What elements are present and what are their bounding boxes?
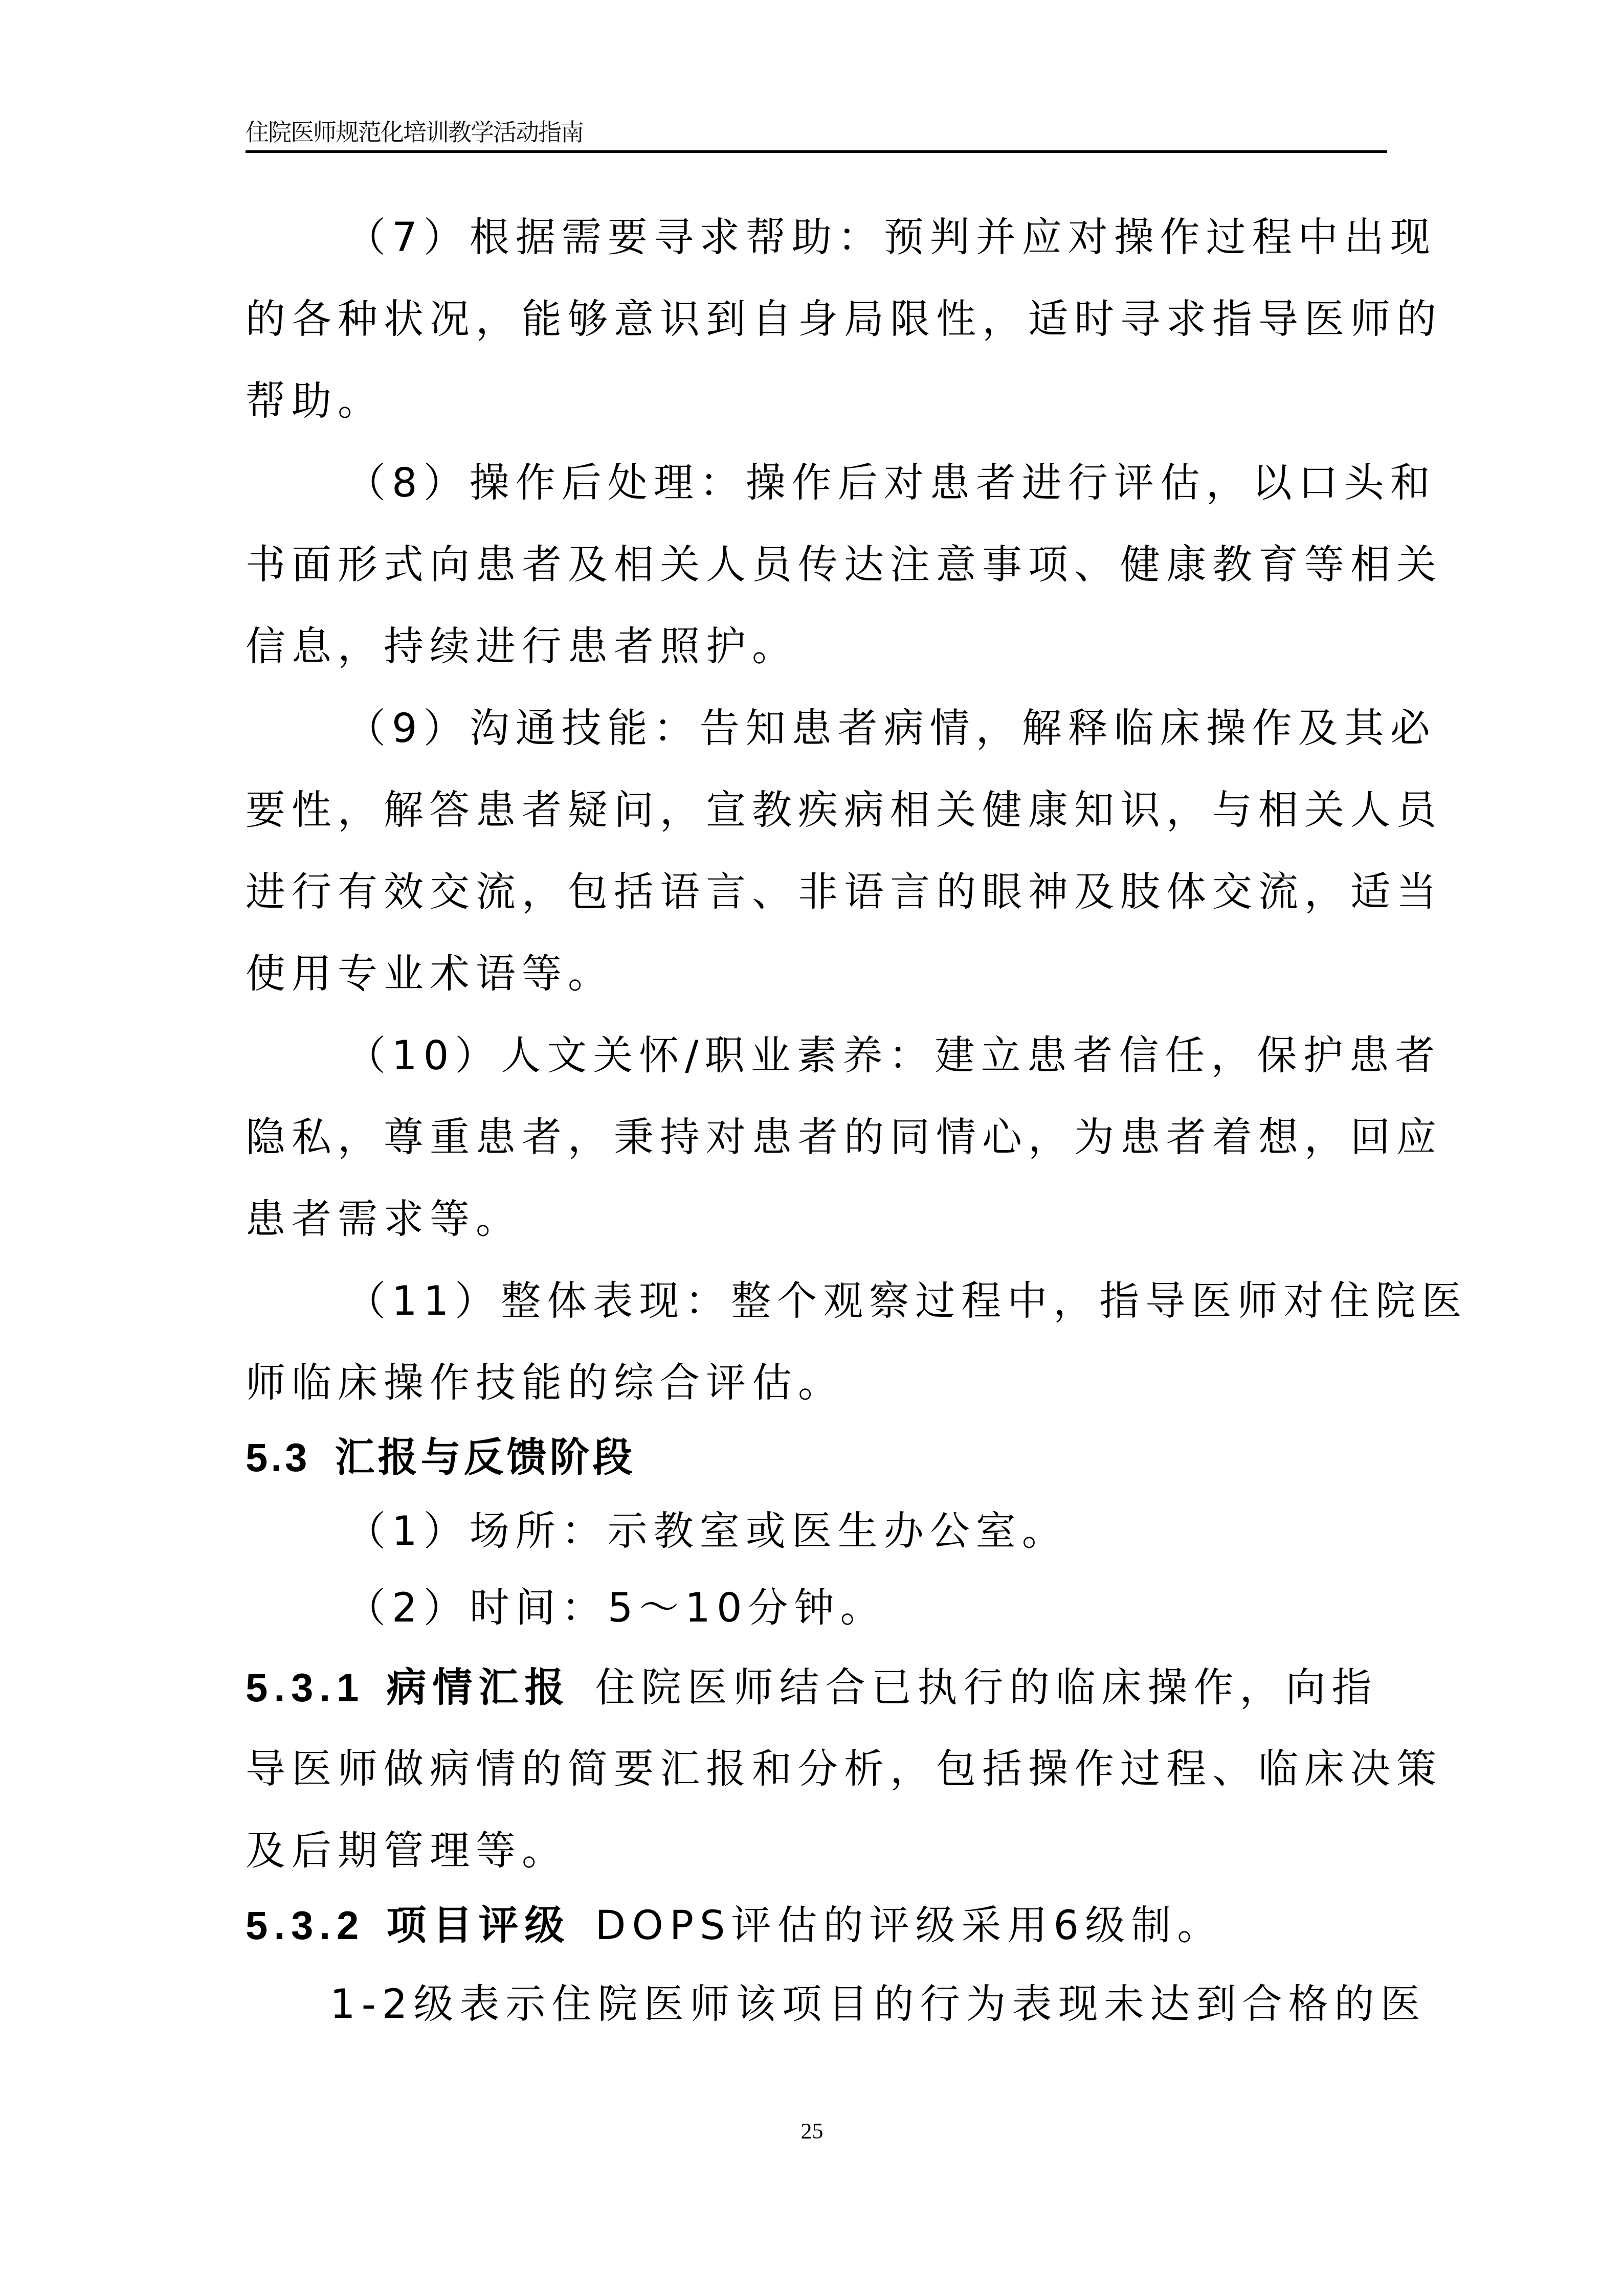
section-number: 5.3 <box>246 1435 310 1480</box>
subsection-5-3-1-line-2: 导医师做病情的简要汇报和分析，包括操作过程、临床决策 <box>246 1731 1442 1808</box>
header-rule <box>246 150 1387 153</box>
subsection-5-3-1-line-1: 5.3.1病情汇报住院医师结合已执行的临床操作，向指 <box>246 1649 1378 1726</box>
paragraph-9-line-3: 进行有效交流，包括语言、非语言的眼神及肢体交流，适当 <box>246 854 1442 931</box>
paragraph-8-line-2: 书面形式向患者及相关人员传达注意事项、健康教育等相关 <box>246 527 1442 603</box>
subsection-5-3-2-line-1: 5.3.2项目评级DOPS评估的评级采用6级制。 <box>246 1887 1223 1964</box>
paragraph-8-line-3: 信息，持续进行患者照护。 <box>246 609 798 685</box>
subsection-5-3-2-line-2: 1-2级表示住院医师该项目的行为表现未达到合格的医 <box>330 1966 1426 2043</box>
section-title: 汇报与反馈阶段 <box>335 1435 635 1481</box>
subsection-number: 5.3.1 <box>246 1665 365 1710</box>
paragraph-9-line-4: 使用专业术语等。 <box>246 936 614 1012</box>
section-heading-5-3: 5.3汇报与反馈阶段 <box>246 1419 635 1496</box>
section-5-3-item-2: （2）时间：5～10分钟。 <box>346 1570 886 1647</box>
subsection-text: DOPS评估的评级采用6级制。 <box>595 1903 1223 1949</box>
header-title: 住院医师规范化培训教学活动指南 <box>246 117 583 147</box>
paragraph-9-line-2: 要性，解答患者疑问，宣教疾病相关健康知识，与相关人员 <box>246 772 1442 849</box>
paragraph-8-line-1: （8）操作后处理：操作后对患者进行评估，以口头和 <box>346 445 1436 522</box>
section-5-3-item-1: （1）场所：示教室或医生办公室。 <box>346 1493 1068 1570</box>
paragraph-10-line-2: 隐私，尊重患者，秉持对患者的同情心，为患者着想，回应 <box>246 1099 1442 1176</box>
page-number: 25 <box>0 2116 1624 2147</box>
subsection-number: 5.3.2 <box>246 1903 365 1948</box>
paragraph-10-line-3: 患者需求等。 <box>246 1181 522 1258</box>
paragraph-9-line-1: （9）沟通技能：告知患者病情，解释临床操作及其必 <box>346 690 1436 767</box>
running-header: 住院医师规范化培训教学活动指南 <box>246 117 1387 153</box>
subsection-5-3-1-line-3: 及后期管理等。 <box>246 1813 568 1889</box>
paragraph-7-line-2: 的各种状况，能够意识到自身局限性，适时寻求指导医师的 <box>246 281 1442 358</box>
paragraph-11-line-1: （11）整体表现：整个观察过程中，指导医师对住院医 <box>346 1263 1467 1340</box>
paragraph-7-line-1: （7）根据需要寻求帮助：预判并应对操作过程中出现 <box>346 199 1436 276</box>
subsection-text: 住院医师结合已执行的临床操作，向指 <box>595 1665 1378 1711</box>
paragraph-10-line-1: （10）人文关怀/职业素养：建立患者信任，保护患者 <box>346 1018 1441 1094</box>
paragraph-7-line-3: 帮助。 <box>246 363 384 440</box>
paragraph-11-line-2: 师临床操作技能的综合评估。 <box>246 1345 844 1422</box>
subsection-label: 病情汇报 <box>386 1665 570 1711</box>
subsection-label: 项目评级 <box>386 1903 570 1949</box>
